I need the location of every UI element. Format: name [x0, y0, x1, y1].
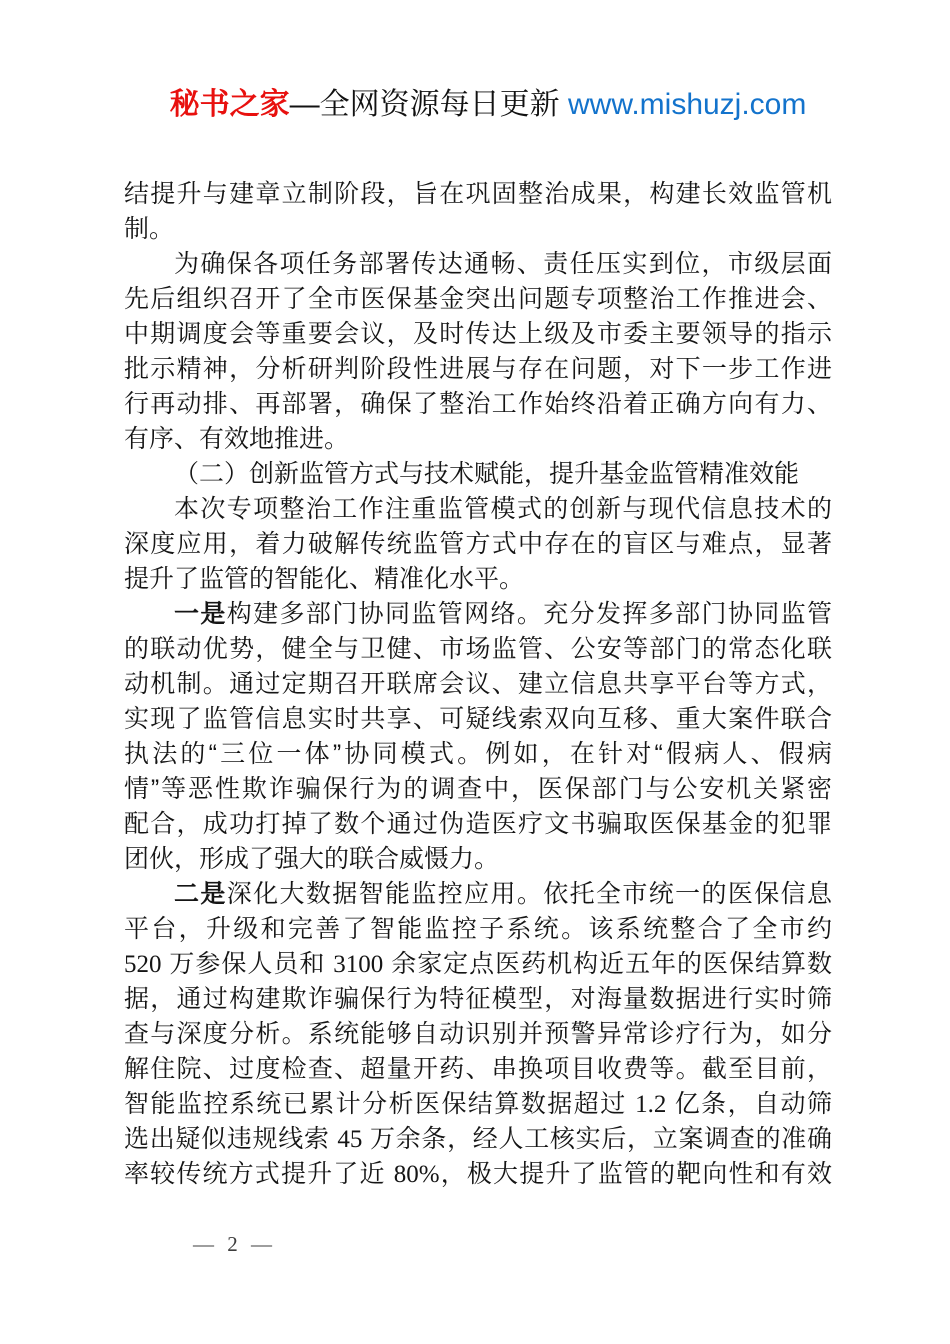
body-text: 结提升与建章立制阶段，旨在巩固整治成果，构建长效监管机制。为确保各项任务部署传达… [124, 177, 832, 1192]
body-line: 团伙，形成了强大的联合威慑力。 [124, 842, 832, 877]
bold-lead-in: 一是 [174, 600, 227, 628]
body-line: 有序、有效地推进。 [124, 422, 832, 457]
body-line: 实现了监管信息实时共享、可疑线索双向互移、重大案件联合 [124, 702, 832, 737]
body-line: （二）创新监管方式与技术赋能，提升基金监管精准效能 [124, 457, 832, 492]
body-line: 中期调度会等重要会议，及时传达上级及市委主要领导的指示 [124, 317, 832, 352]
body-line: 本次专项整治工作注重监管模式的创新与现代信息技术的 [124, 492, 832, 527]
body-line: 智能监控系统已累计分析医保结算数据超过 1.2 亿条，自动筛 [124, 1087, 832, 1122]
body-line: 执法的“三位一体”协同模式。例如，在针对“假病人、假病 [124, 737, 832, 772]
bold-lead-in: 二是 [174, 880, 227, 908]
body-line: 行再动排、再部署，确保了整治工作始终沿着正确方向有力、 [124, 387, 832, 422]
header-tagline: —全网资源每日更新 [290, 88, 568, 121]
body-line: 520 万参保人员和 3100 余家定点医药机构近五年的医保结算数 [124, 947, 832, 982]
body-line: 选出疑似违规线索 45 万余条，经人工核实后，立案调查的准确 [124, 1122, 832, 1157]
body-line: 解住院、过度检查、超量开药、串换项目收费等。截至目前， [124, 1052, 832, 1087]
body-line: 查与深度分析。系统能够自动识别并预警异常诊疗行为，如分 [124, 1017, 832, 1052]
brand-name: 秘书之家 [170, 88, 290, 121]
body-line: 为确保各项任务部署传达通畅、责任压实到位，市级层面 [124, 247, 832, 282]
body-line: 平台，升级和完善了智能监控子系统。该系统整合了全市约 [124, 912, 832, 947]
body-line: 结提升与建章立制阶段，旨在巩固整治成果，构建长效监管机 [124, 177, 832, 212]
body-line: 批示精神，分析研判阶段性进展与存在问题，对下一步工作进 [124, 352, 832, 387]
site-url[interactable]: www.mishuzj.com [568, 88, 806, 121]
body-line: 情”等恶性欺诈骗保行为的调查中，医保部门与公安机关紧密 [124, 772, 832, 807]
site-watermark-header: 秘书之家—全网资源每日更新 www.mishuzj.com [13, 84, 950, 126]
body-line: 深度应用，着力破解传统监管方式中存在的盲区与难点，显著 [124, 527, 832, 562]
body-line: 动机制。通过定期召开联席会议、建立信息共享平台等方式， [124, 667, 832, 702]
document-page: 秘书之家—全网资源每日更新 www.mishuzj.com 结提升与建章立制阶段… [0, 0, 950, 1344]
page-number: — 2 — [193, 1234, 272, 1255]
body-line: 先后组织召开了全市医保基金突出问题专项整治工作推进会、 [124, 282, 832, 317]
body-line: 的联动优势，健全与卫健、市场监管、公安等部门的常态化联 [124, 632, 832, 667]
body-line: 二是深化大数据智能监控应用。依托全市统一的医保信息 [124, 877, 832, 912]
body-line: 据，通过构建欺诈骗保行为特征模型，对海量数据进行实时筛 [124, 982, 832, 1017]
body-line: 提升了监管的智能化、精准化水平。 [124, 562, 832, 597]
body-line: 一是构建多部门协同监管网络。充分发挥多部门协同监管 [124, 597, 832, 632]
body-line: 制。 [124, 212, 832, 247]
body-line: 配合，成功打掉了数个通过伪造医疗文书骗取医保基金的犯罪 [124, 807, 832, 842]
body-line: 率较传统方式提升了近 80%，极大提升了监管的靶向性和有效 [124, 1157, 832, 1192]
